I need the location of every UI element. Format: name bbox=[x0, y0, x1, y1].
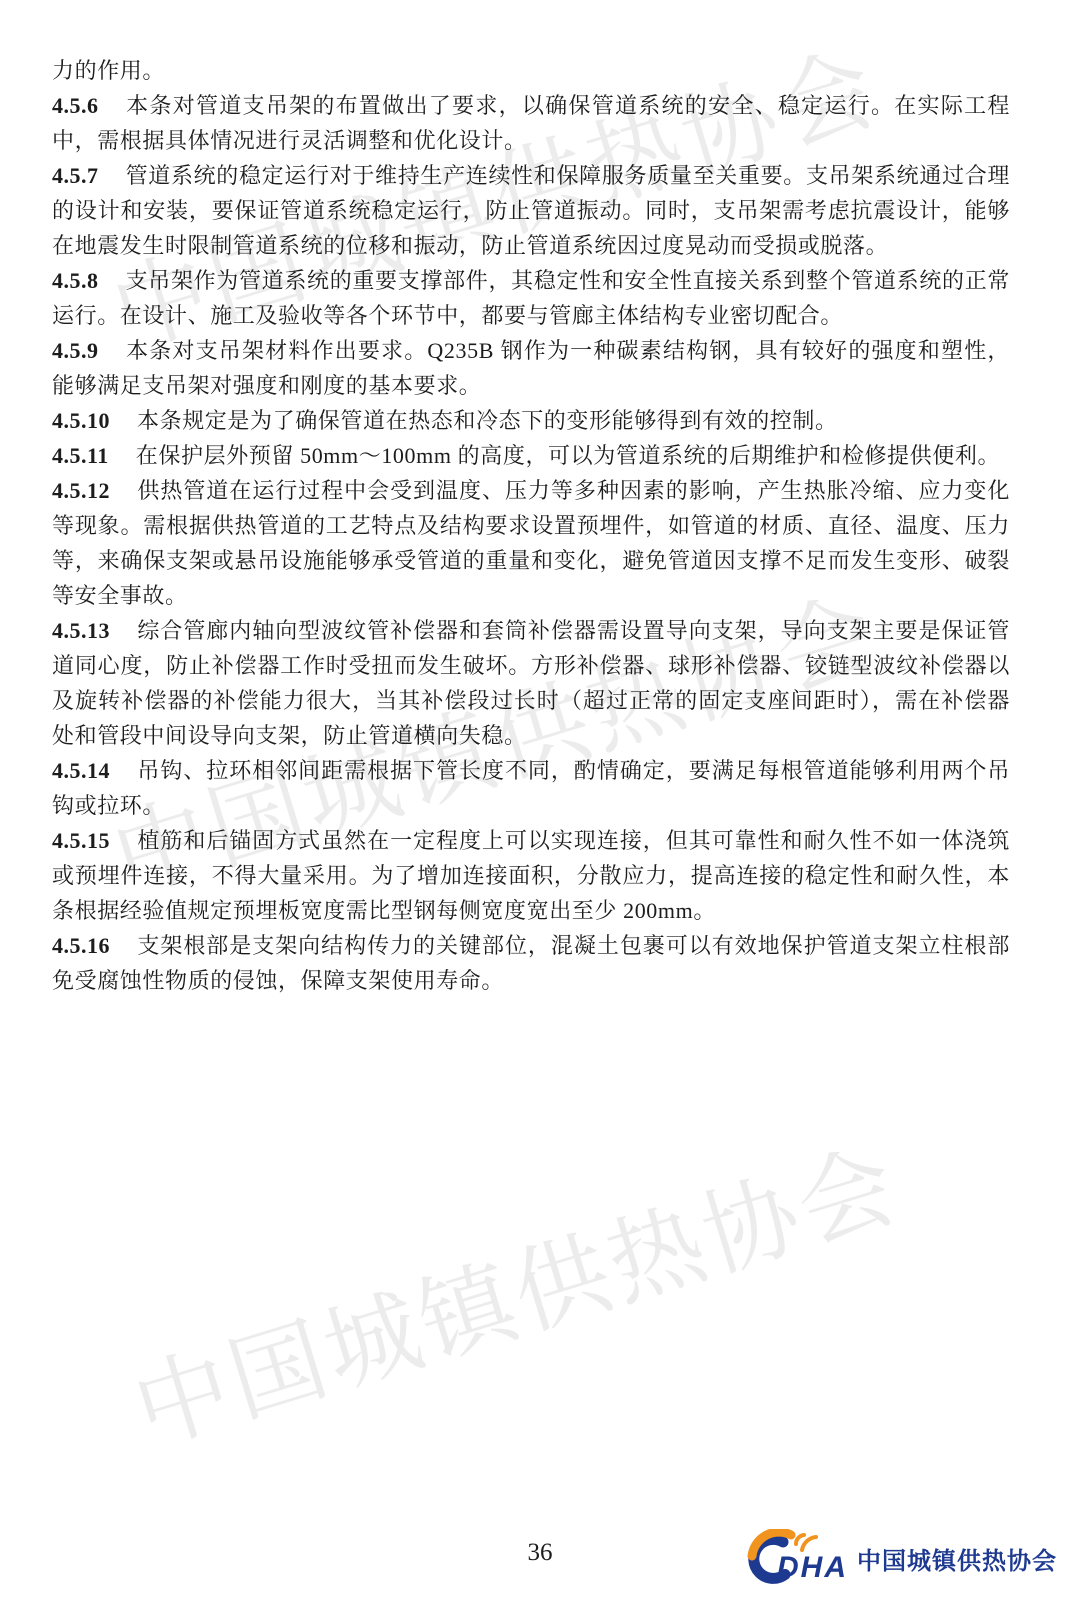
paragraph-continuation: 力的作用。 bbox=[52, 53, 1010, 88]
clause-number: 4.5.12 bbox=[52, 478, 110, 503]
clause-paragraph: 4.5.8支吊架作为管道系统的重要支撑部件，其稳定性和安全性直接关系到整个管道系… bbox=[52, 263, 1010, 333]
clause-paragraph: 4.5.15植筋和后锚固方式虽然在一定程度上可以实现连接，但其可靠性和耐久性不如… bbox=[52, 823, 1010, 928]
clause-paragraph: 4.5.6本条对管道支吊架的布置做出了要求，以确保管道系统的安全、稳定运行。在实… bbox=[52, 88, 1010, 158]
clause-paragraph: 4.5.14吊钩、拉环相邻间距需根据下管长度不同，酌情确定，要满足每根管道能够利… bbox=[52, 753, 1010, 823]
clause-text: 支架根部是支架向结构传力的关键部位，混凝土包裹可以有效地保护管道支架立柱根部免受… bbox=[52, 933, 1010, 993]
clause-text: 管道系统的稳定运行对于维持生产连续性和保障服务质量至关重要。支吊架系统通过合理的… bbox=[52, 163, 1010, 258]
association-logo: DHA 中国城镇供热协会 bbox=[743, 1529, 1057, 1587]
clause-text: 综合管廊内轴向型波纹管补偿器和套筒补偿器需设置导向支架，导向支架主要是保证管道同… bbox=[52, 618, 1010, 748]
cdha-logo-icon: DHA bbox=[743, 1529, 847, 1587]
clause-number: 4.5.11 bbox=[52, 443, 109, 468]
logo-wave-large bbox=[802, 1537, 816, 1550]
clause-paragraph: 4.5.11在保护层外预留 50mm～100mm 的高度，可以为管道系统的后期维… bbox=[52, 438, 1010, 473]
clause-text: 本条对管道支吊架的布置做出了要求，以确保管道系统的安全、稳定运行。在实际工程中，… bbox=[52, 93, 1010, 153]
logo-abbr: DHA bbox=[777, 1551, 847, 1584]
clause-text: 植筋和后锚固方式虽然在一定程度上可以实现连接，但其可靠性和耐久性不如一体浇筑或预… bbox=[52, 828, 1010, 923]
logo-wave-small bbox=[796, 1535, 804, 1544]
clause-number: 4.5.7 bbox=[52, 163, 99, 188]
clause-paragraph: 4.5.7管道系统的稳定运行对于维持生产连续性和保障服务质量至关重要。支吊架系统… bbox=[52, 158, 1010, 263]
document-page: 中国城镇供热协会 中国城镇供热协会 中国城镇供热协会 力的作用。 4.5.6本条… bbox=[0, 0, 1080, 1607]
clause-paragraph: 4.5.16支架根部是支架向结构传力的关键部位，混凝土包裹可以有效地保护管道支架… bbox=[52, 928, 1010, 998]
clause-text: 供热管道在运行过程中会受到温度、压力等多种因素的影响，产生热胀冷缩、应力变化等现… bbox=[52, 478, 1010, 608]
document-body: 力的作用。 4.5.6本条对管道支吊架的布置做出了要求，以确保管道系统的安全、稳… bbox=[52, 53, 1010, 998]
clause-text: 本条对支吊架材料作出要求。Q235B 钢作为一种碳素结构钢，具有较好的强度和塑性… bbox=[52, 338, 1010, 398]
clause-number: 4.5.15 bbox=[52, 828, 110, 853]
clause-text: 吊钩、拉环相邻间距需根据下管长度不同，酌情确定，要满足每根管道能够利用两个吊钩或… bbox=[52, 758, 1010, 818]
watermark-bottom: 中国城镇供热协会 bbox=[124, 1138, 909, 1460]
clause-number: 4.5.14 bbox=[52, 758, 110, 783]
clause-paragraph: 4.5.13综合管廊内轴向型波纹管补偿器和套筒补偿器需设置导向支架，导向支架主要… bbox=[52, 613, 1010, 753]
clause-text: 支吊架作为管道系统的重要支撑部件，其稳定性和安全性直接关系到整个管道系统的正常运… bbox=[52, 268, 1010, 328]
clause-list: 4.5.6本条对管道支吊架的布置做出了要求，以确保管道系统的安全、稳定运行。在实… bbox=[52, 88, 1010, 998]
clause-number: 4.5.8 bbox=[52, 268, 99, 293]
logo-name: 中国城镇供热协会 bbox=[857, 1541, 1057, 1576]
clause-text: 本条规定是为了确保管道在热态和冷态下的变形能够得到有效的控制。 bbox=[137, 408, 838, 433]
clause-number: 4.5.16 bbox=[52, 933, 110, 958]
clause-number: 4.5.13 bbox=[52, 618, 110, 643]
clause-paragraph: 4.5.12供热管道在运行过程中会受到温度、压力等多种因素的影响，产生热胀冷缩、… bbox=[52, 473, 1010, 613]
clause-number: 4.5.9 bbox=[52, 338, 99, 363]
clause-number: 4.5.10 bbox=[52, 408, 110, 433]
clause-text: 在保护层外预留 50mm～100mm 的高度，可以为管道系统的后期维护和检修提供… bbox=[136, 443, 1000, 468]
clause-number: 4.5.6 bbox=[52, 93, 99, 118]
clause-paragraph: 4.5.10本条规定是为了确保管道在热态和冷态下的变形能够得到有效的控制。 bbox=[52, 403, 1010, 438]
clause-paragraph: 4.5.9本条对支吊架材料作出要求。Q235B 钢作为一种碳素结构钢，具有较好的… bbox=[52, 333, 1010, 403]
